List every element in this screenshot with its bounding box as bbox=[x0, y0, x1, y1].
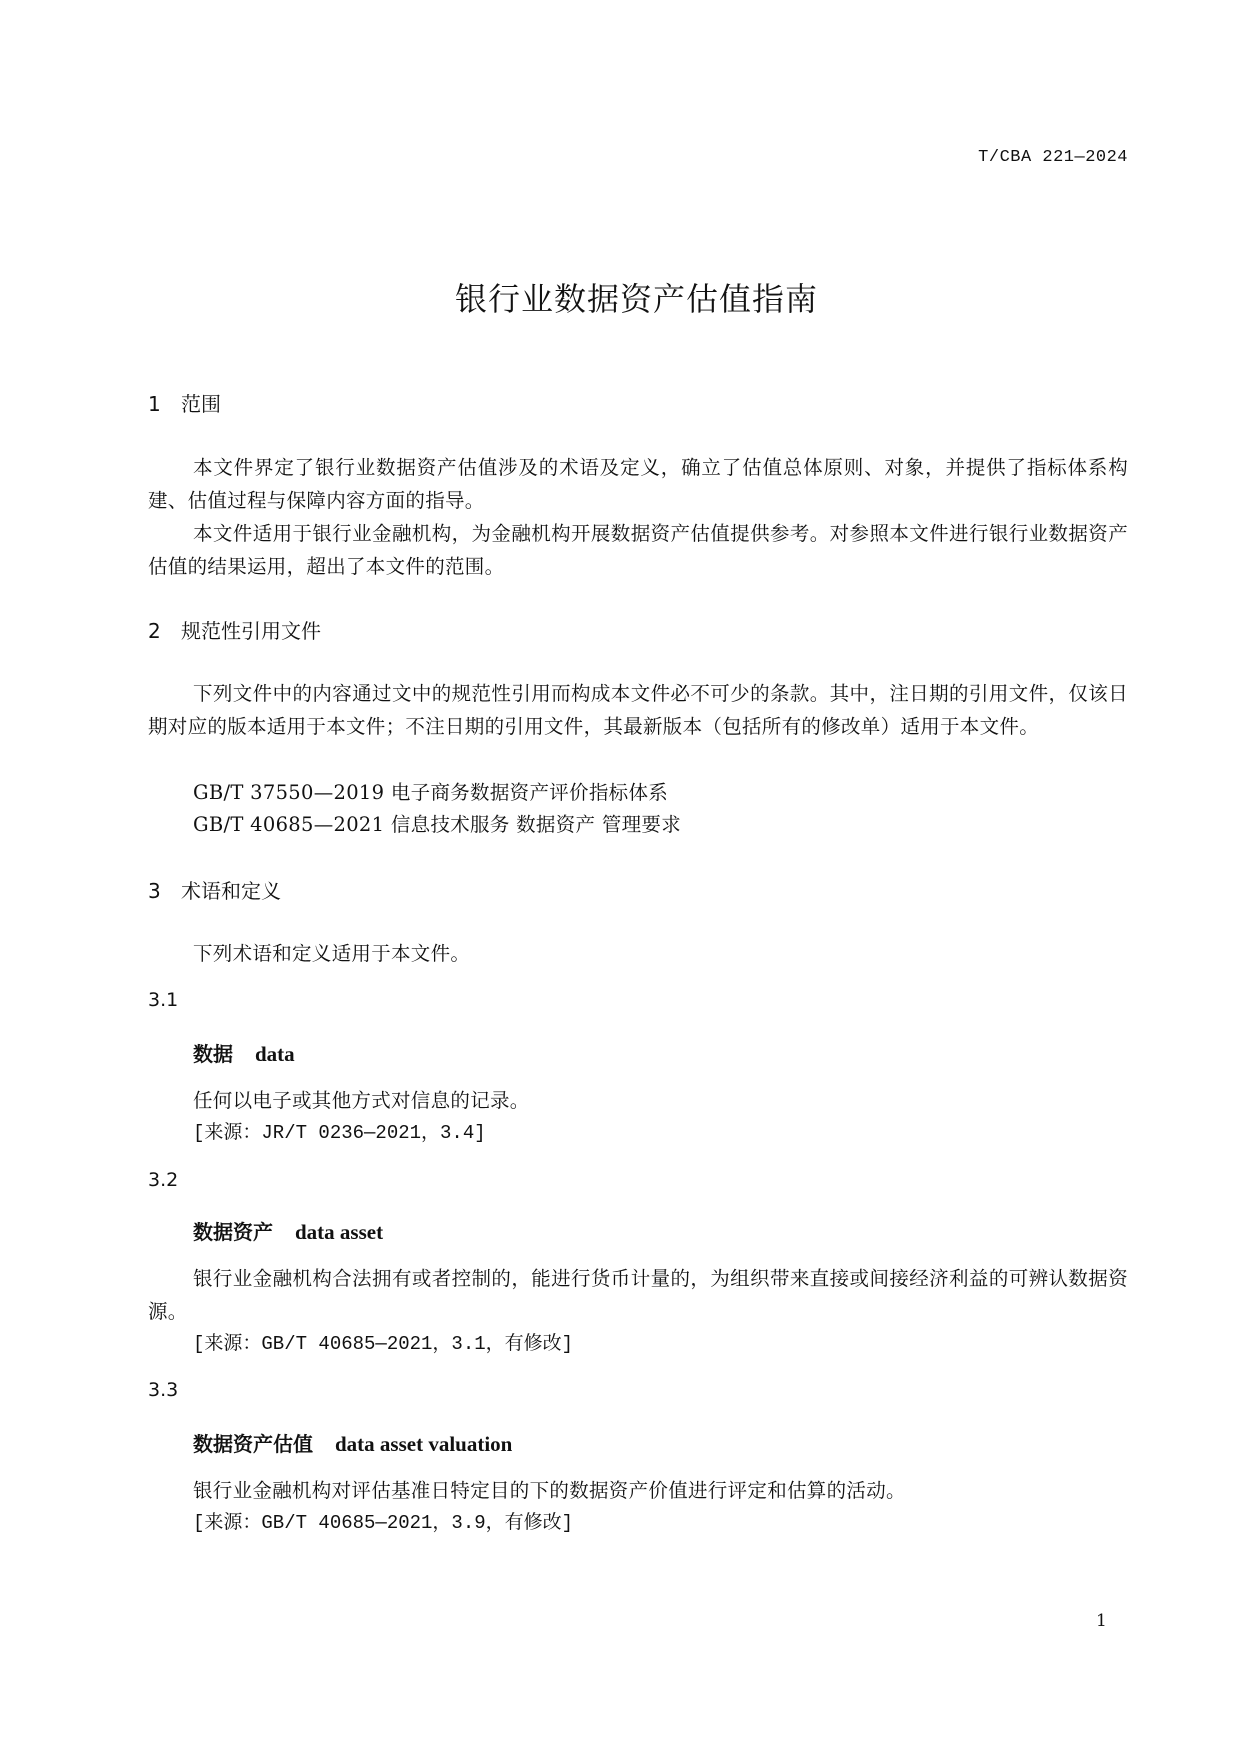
paragraph: 银行业金融机构合法拥有或者控制的，能进行货币计量的，为组织带来直接或间接经济利益… bbox=[148, 1262, 1128, 1328]
paragraph: 本文件界定了银行业数据资产估值涉及的术语及定义，确立了估值总体原则、对象，并提供… bbox=[148, 451, 1128, 517]
term-en: data asset bbox=[295, 1220, 383, 1244]
normative-reference: GB/T 40685—2021 信息技术服务 数据资产 管理要求 bbox=[193, 808, 681, 841]
term-zh: 数据资产 bbox=[193, 1220, 273, 1244]
clause-number: 3.2 bbox=[148, 1169, 178, 1191]
term-heading: 数据资产估值data asset valuation bbox=[193, 1428, 512, 1457]
term-definition: 银行业金融机构合法拥有或者控制的，能进行货币计量的，为组织带来直接或间接经济利益… bbox=[148, 1262, 1128, 1328]
term-definition: 任何以电子或其他方式对信息的记录。 bbox=[193, 1084, 530, 1117]
term-en: data bbox=[255, 1042, 295, 1066]
term-heading: 数据data bbox=[193, 1038, 295, 1067]
term-source: [来源：GB/T 40685—2021，3.1，有修改] bbox=[193, 1328, 573, 1355]
section-heading-3: 3术语和定义 bbox=[148, 875, 281, 904]
term-zh: 数据资产估值 bbox=[193, 1432, 313, 1456]
normative-reference: GB/T 37550—2019 电子商务数据资产评价指标体系 bbox=[193, 776, 668, 809]
section-3-intro: 下列术语和定义适用于本文件。 bbox=[193, 937, 470, 970]
section-number: 2 bbox=[148, 619, 181, 643]
section-heading-2: 2规范性引用文件 bbox=[148, 615, 321, 644]
paragraph: 下列文件中的内容通过文中的规范性引用而构成本文件必不可少的条款。其中，注日期的引… bbox=[148, 677, 1128, 743]
term-zh: 数据 bbox=[193, 1042, 233, 1066]
clause-number: 3.3 bbox=[148, 1379, 178, 1401]
section-heading-1: 1范围 bbox=[148, 388, 221, 417]
section-2-body: 下列文件中的内容通过文中的规范性引用而构成本文件必不可少的条款。其中，注日期的引… bbox=[148, 677, 1128, 743]
page-number: 1 bbox=[1096, 1611, 1107, 1631]
term-heading: 数据资产data asset bbox=[193, 1216, 383, 1245]
term-definition: 银行业金融机构对评估基准日特定目的下的数据资产价值进行评定和估算的活动。 bbox=[193, 1474, 906, 1507]
term-en: data asset valuation bbox=[335, 1432, 512, 1456]
paragraph: 本文件适用于银行业金融机构，为金融机构开展数据资产估值提供参考。对参照本文件进行… bbox=[148, 517, 1128, 583]
term-source: [来源：JR/T 0236—2021，3.4] bbox=[193, 1117, 486, 1144]
section-number: 3 bbox=[148, 879, 181, 903]
section-title: 规范性引用文件 bbox=[181, 619, 321, 643]
document-title: 银行业数据资产估值指南 bbox=[0, 274, 1240, 320]
document-code: T/CBA 221—2024 bbox=[978, 148, 1128, 167]
section-title: 术语和定义 bbox=[181, 879, 281, 903]
section-title: 范围 bbox=[181, 392, 221, 416]
clause-number: 3.1 bbox=[148, 989, 178, 1011]
term-source: [来源：GB/T 40685—2021，3.9，有修改] bbox=[193, 1507, 573, 1534]
section-1-body: 本文件界定了银行业数据资产估值涉及的术语及定义，确立了估值总体原则、对象，并提供… bbox=[148, 451, 1128, 583]
section-number: 1 bbox=[148, 392, 181, 416]
